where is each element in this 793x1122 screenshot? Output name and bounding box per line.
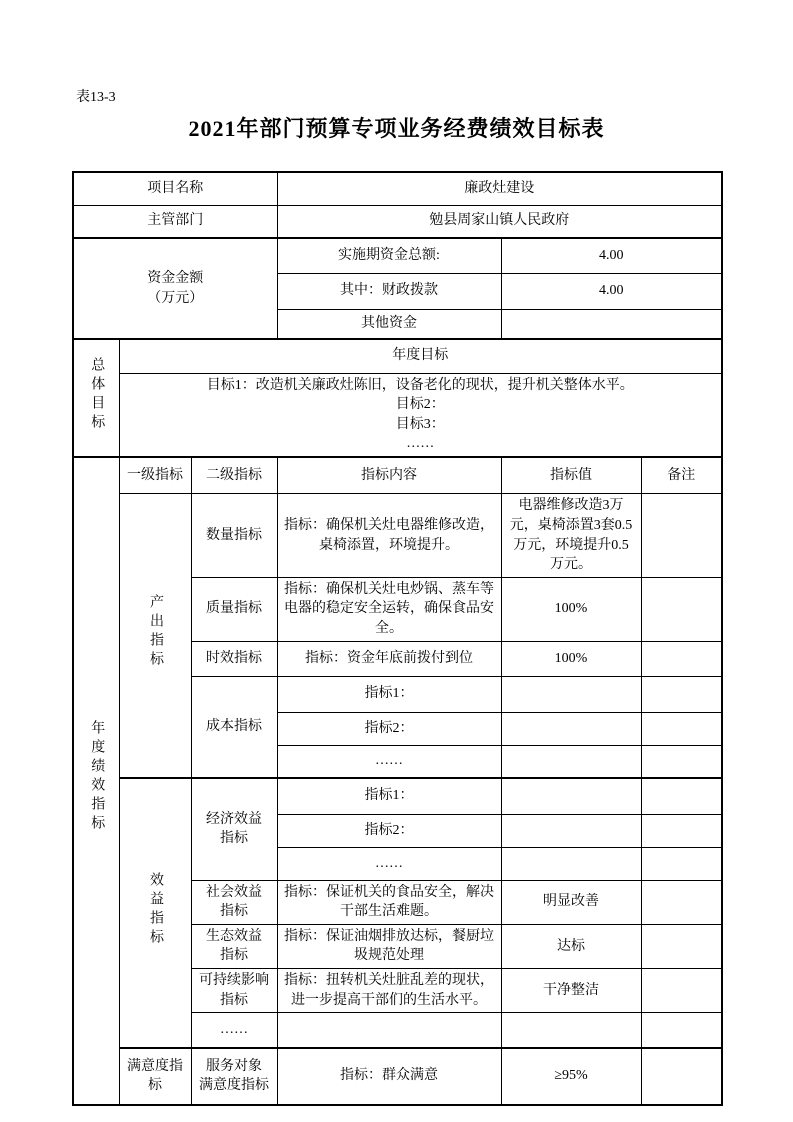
economic-remark-2 [641,814,722,847]
cost-label: 成本指标 [191,676,277,778]
quality-remark [641,577,722,641]
header-content: 指标内容 [277,457,501,494]
table-row: 项目名称 廉政灶建设 [73,172,722,205]
social-label: 社会效益 指标 [191,880,277,924]
benefit-group-vertical-text: 效益指标 [148,872,162,948]
document-page: 表13-3 2021年部门预算专项业务经费绩效目标表 项目名称 廉政灶建设 主管… [0,0,793,1122]
table-row: 目标1：改造机关廉政灶陈旧，设备老化的现状，提升机关整体水平。 目标2： 目标3… [73,373,722,457]
cost-content-2: 指标2： [277,712,501,745]
benefit-ellipsis-content [277,1013,501,1048]
quantity-label: 数量指标 [191,494,277,577]
sustainable-label: 可持续影响 指标 [191,968,277,1012]
cost-remark-1 [641,676,722,712]
benefit-ellipsis-remark [641,1013,722,1048]
cost-value-2 [501,712,641,745]
benefit-group-label: 效益指标 [119,778,191,1048]
funding-other-label: 其他资金 [277,309,501,339]
cost-content-1: 指标1： [277,676,501,712]
economic-remark-1 [641,778,722,814]
economic-value-2 [501,814,641,847]
funding-fiscal-label: 其中：财政拨款 [277,273,501,309]
service-satisfaction-label: 服务对象 满意度指标 [191,1048,277,1105]
quality-content: 指标：确保机关灶电炒锅、蒸车等电器的稳定安全运转，确保食品安全。 [277,577,501,641]
economic-value-1 [501,778,641,814]
goal-line-3: 目标3： [125,415,717,435]
quantity-value: 电器维修改造3万元，桌椅添置3套0.5万元，环境提升0.5万元。 [501,494,641,577]
economic-content-2: 指标2： [277,814,501,847]
header-level2: 二级指标 [191,457,277,494]
funding-total-value: 4.00 [501,238,722,273]
project-name-value: 廉政灶建设 [277,172,722,205]
quality-value: 100% [501,577,641,641]
timeliness-value: 100% [501,641,641,676]
goal-line-1: 目标1：改造机关廉政灶陈旧，设备老化的现状，提升机关整体水平。 [125,376,717,396]
timeliness-remark [641,641,722,676]
satisfaction-group-label: 满意度指 标 [119,1048,191,1105]
table-row: 总体目标 年度目标 [73,339,722,373]
annual-indicators-vertical-text: 年度绩效指标 [89,720,103,834]
goal-line-2: 目标2： [125,395,717,415]
economic-value-ellipsis [501,847,641,880]
ecological-label: 生态效益 指标 [191,924,277,968]
annual-indicators-side-label: 年度绩效指标 [73,457,119,1105]
cost-value-ellipsis [501,745,641,778]
service-satisfaction-content: 指标：群众满意 [277,1048,501,1105]
ecological-content: 指标：保证油烟排放达标，餐厨垃圾规范处理 [277,924,501,968]
indicator-row-satisfaction: 满意度指 标 服务对象 满意度指标 指标：群众满意 ≥95% [73,1048,722,1105]
performance-target-table: 项目名称 廉政灶建设 主管部门 勉县周家山镇人民政府 资金金额 （万元） 实施期… [72,171,723,1106]
sustainable-content: 指标：扭转机关灶脏乱差的现状，进一步提高干部们的生活水平。 [277,968,501,1012]
cost-value-1 [501,676,641,712]
header-value: 指标值 [501,457,641,494]
goal-line-ellipsis: …… [125,434,717,454]
sustainable-remark [641,968,722,1012]
funding-amount-label: 资金金额 （万元） [73,238,277,339]
quality-label: 质量指标 [191,577,277,641]
economic-remark-ellipsis [641,847,722,880]
social-content: 指标：保证机关的食品安全，解决干部生活难题。 [277,880,501,924]
cost-remark-ellipsis [641,745,722,778]
project-name-label: 项目名称 [73,172,277,205]
indicator-header-row: 年度绩效指标 一级指标 二级指标 指标内容 指标值 备注 [73,457,722,494]
economic-content-ellipsis: …… [277,847,501,880]
document-title: 2021年部门预算专项业务经费绩效目标表 [0,112,793,143]
sustainable-value: 干净整洁 [501,968,641,1012]
annual-goal-header: 年度目标 [119,339,722,373]
economic-content-1: 指标1： [277,778,501,814]
cost-remark-2 [641,712,722,745]
indicator-row-economic-1: 效益指标 经济效益 指标 指标1： [73,778,722,814]
benefit-ellipsis-value [501,1013,641,1048]
header-remark: 备注 [641,457,722,494]
economic-label: 经济效益 指标 [191,778,277,880]
output-group-vertical-text: 产出指标 [148,594,162,670]
overall-goal-side-label: 总体目标 [73,339,119,457]
table-number-label: 表13-3 [76,86,116,106]
benefit-ellipsis-label: …… [191,1013,277,1048]
service-satisfaction-value: ≥95% [501,1048,641,1105]
ecological-remark [641,924,722,968]
ecological-value: 达标 [501,924,641,968]
overall-goal-content: 目标1：改造机关廉政灶陈旧，设备老化的现状，提升机关整体水平。 目标2： 目标3… [119,373,722,457]
table-row: 主管部门 勉县周家山镇人民政府 [73,205,722,238]
table-row: 资金金额 （万元） 实施期资金总额: 4.00 [73,238,722,273]
cost-content-ellipsis: …… [277,745,501,778]
quantity-content: 指标：确保机关灶电器维修改造，桌椅添置，环境提升。 [277,494,501,577]
output-group-label: 产出指标 [119,494,191,778]
quantity-remark [641,494,722,577]
indicator-row-quantity: 产出指标 数量指标 指标：确保机关灶电器维修改造，桌椅添置，环境提升。 电器维修… [73,494,722,577]
overall-goal-vertical-text: 总体目标 [89,357,103,433]
funding-other-value [501,309,722,339]
department-label: 主管部门 [73,205,277,238]
timeliness-content: 指标：资金年底前拨付到位 [277,641,501,676]
funding-fiscal-value: 4.00 [501,273,722,309]
department-value: 勉县周家山镇人民政府 [277,205,722,238]
timeliness-label: 时效指标 [191,641,277,676]
social-value: 明显改善 [501,880,641,924]
funding-total-label: 实施期资金总额: [277,238,501,273]
header-level1: 一级指标 [119,457,191,494]
service-satisfaction-remark [641,1048,722,1105]
social-remark [641,880,722,924]
